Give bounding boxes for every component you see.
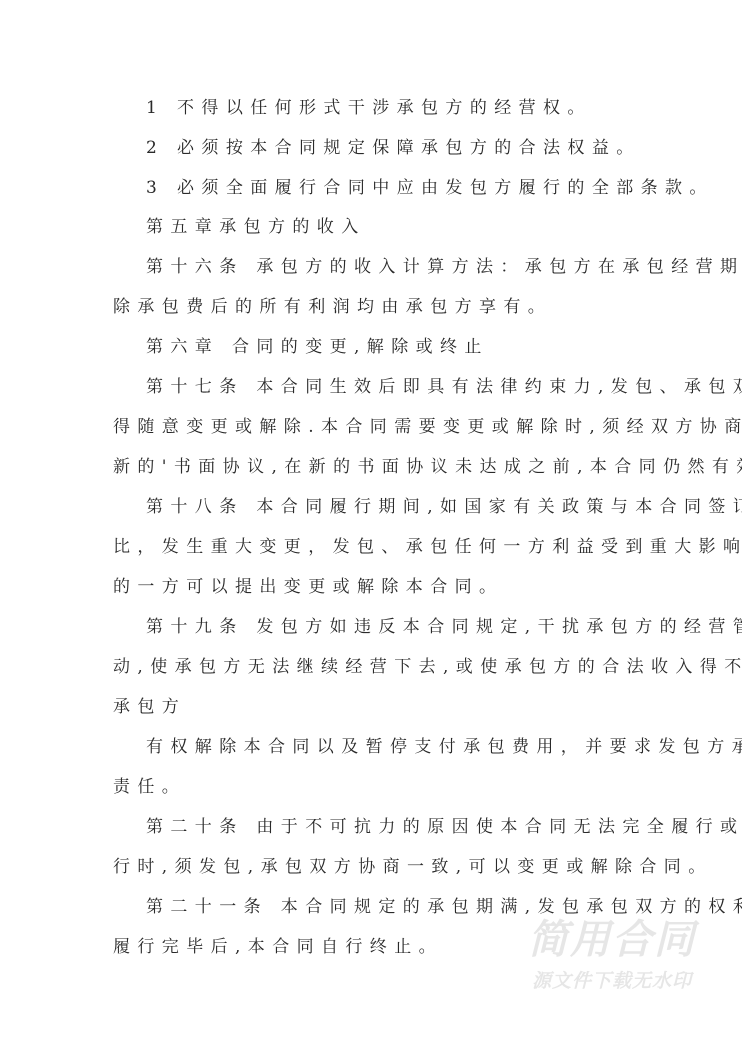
text-line: 新的'书面协议,在新的书面协议未达成之前,本合同仍然有效。 [113,456,643,478]
text-line: 第五章承包方的收入 [146,216,676,238]
text-line: 的一方可以提出变更或解除本合同。 [113,576,643,598]
text-line: 3 必须全面履行合同中应由发包方履行的全部条款。 [146,177,676,199]
text-line: 第十七条 本合同生效后即具有法律约束力,发包、承包双方均不 [146,376,676,398]
watermark-subtitle: 源文件下载无水印 [512,966,712,996]
text-line: 第六章 合同的变更,解除或终止 [146,336,676,358]
text-line: 得随意变更或解除.本合同需要变更或解除时,须经双方协商一致达成 [113,416,643,438]
text-line: 有权解除本合同以及暂停支付承包费用，并要求发包方承担违约 [146,736,676,758]
text-line: 第二十一条 本合同规定的承包期满,发包承包双方的权利,义务 [146,896,676,918]
text-line: 第十六条 承包方的收入计算方法：承包方在承包经营期限内扣 [146,256,676,278]
text-line: 第二十条 由于不可抗力的原因使本合同无法完全履行或无法履 [146,816,676,838]
watermark: 简用合同 源文件下载无水印 [512,918,712,996]
text-line: 比，发生重大变更，发包、承包任何一方利益受到重大影响,受影响 [113,536,643,558]
text-line: 第十九条 发包方如违反本合同规定,干扰承包方的经营管理活 [146,616,676,638]
watermark-title: 简用合同 [512,918,712,962]
text-line: 除承包费后的所有利润均由承包方享有。 [113,296,643,318]
text-line: 行时,须发包,承包双方协商一致,可以变更或解除合同。 [113,856,643,878]
text-line: 1 不得以任何形式干涉承包方的经营权。 [146,97,676,119]
text-line: 2 必须按本合同规定保障承包方的合法权益。 [146,137,676,159]
text-line: 动,使承包方无法继续经营下去,或使承包方的合法收入得不到保障, [113,656,643,678]
text-line: 责任。 [113,776,643,798]
document-page: 1 不得以任何形式干涉承包方的经营权。2 必须按本合同规定保障承包方的合法权益。… [0,0,742,1049]
text-line: 第十八条 本合同履行期间,如国家有关政策与本合同签订时相 [146,496,676,518]
text-line: 承包方 [113,696,643,718]
